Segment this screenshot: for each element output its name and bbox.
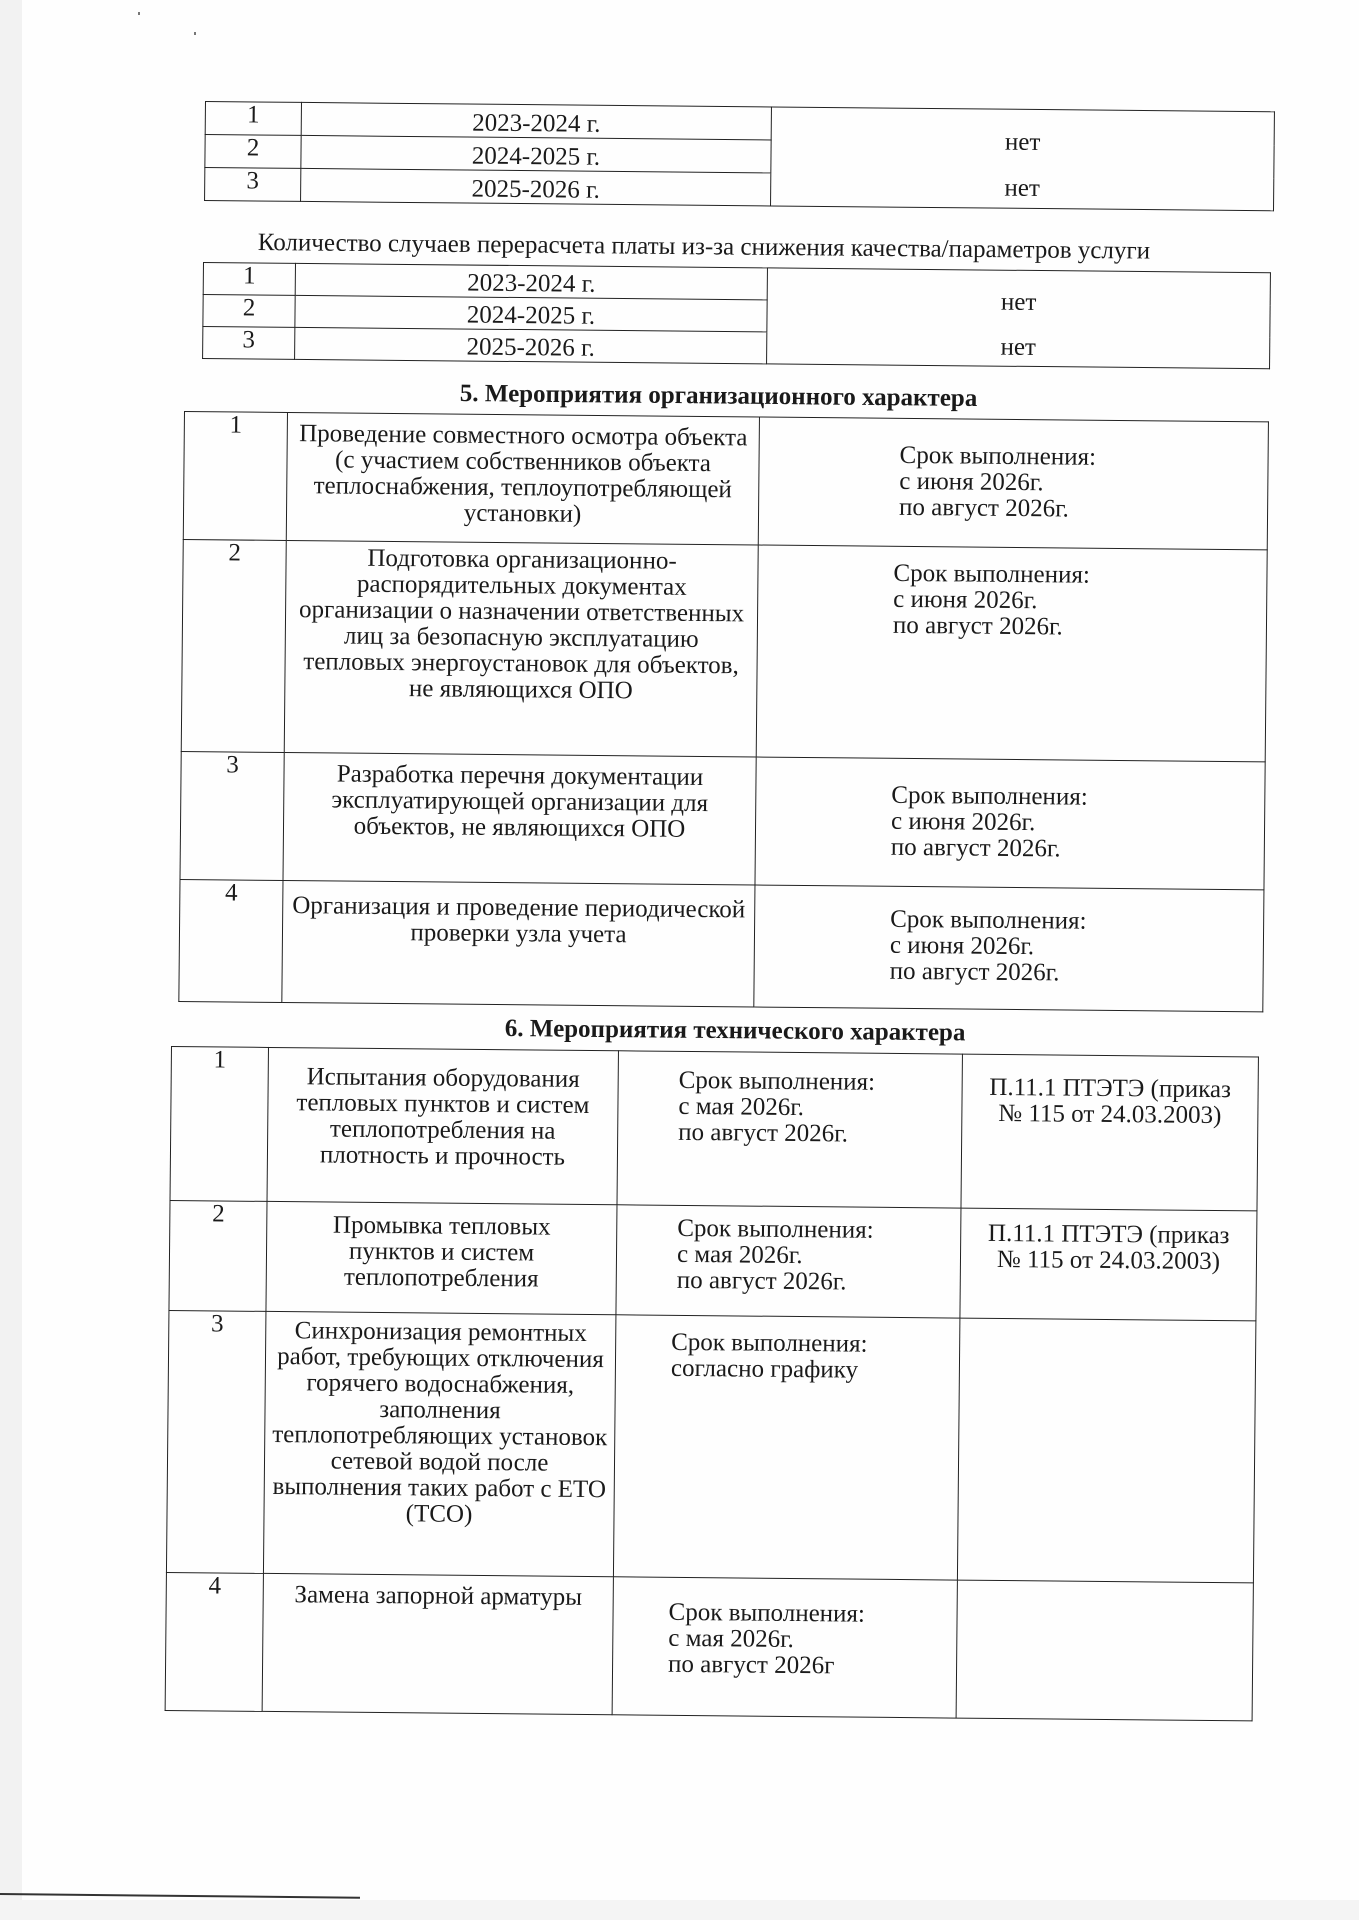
term-cell: Срок выполнения: с июня 2026г. по август…	[754, 885, 1264, 1012]
activity-cell: Испытания оборудования тепловых пунктов …	[267, 1047, 618, 1204]
activity-cell: Проведение совместного осмотра объекта (…	[286, 412, 759, 545]
period-cell: 2025-2026 г.	[301, 168, 771, 206]
term-cell: Срок выполнения: с мая 2026г. по август …	[616, 1205, 961, 1318]
term-cell: Срок выполнения: с мая 2026г. по август …	[617, 1051, 962, 1208]
table-row: 3 Разработка перечня документации эксплу…	[180, 751, 1265, 889]
table-row: 4 Организация и проведение периодической…	[179, 879, 1264, 1011]
table-row: 2 Подготовка организационно-распорядител…	[181, 539, 1267, 761]
period-cell: 2024-2025 г.	[301, 135, 771, 173]
section-6-title: 6. Мероприятия технического характера	[505, 1015, 966, 1047]
value-cell: нет	[771, 173, 1274, 211]
basis-cell: П.11.1 ПТЭТЭ (приказ № 115 от 24.03.2003…	[961, 1054, 1258, 1211]
activity-cell: Организация и проведение периодической п…	[282, 880, 755, 1007]
value-cell: нет	[767, 268, 1271, 337]
row-number: 2	[169, 1200, 267, 1311]
basis-cell: П.11.1 ПТЭТЭ (приказ № 115 от 24.03.2003…	[960, 1208, 1257, 1321]
value-cell: нет	[771, 107, 1275, 178]
period-cell: 2023-2024 г.	[295, 263, 767, 300]
scan-margin	[0, 0, 22, 1900]
table-row: 1 Испытания оборудования тепловых пункто…	[170, 1047, 1258, 1211]
table-a: 1 2023-2024 г. нет 2 2024-2025 г. 3 2025…	[204, 101, 1275, 211]
row-number: 2	[205, 135, 301, 169]
row-number: 1	[170, 1047, 268, 1202]
row-number: 2	[181, 539, 286, 752]
table-row: 4 Замена запорной арматуры Срок выполнен…	[165, 1572, 1253, 1720]
activity-cell: Замена запорной арматуры	[262, 1573, 613, 1714]
row-number: 3	[180, 751, 284, 880]
row-number: 4	[179, 879, 283, 1002]
basis-cell	[956, 1580, 1253, 1721]
activity-cell: Разработка перечня документации эксплуат…	[283, 752, 756, 885]
table-row: 1 Проведение совместного осмотра объекта…	[183, 412, 1268, 550]
section-5-table: 1 Проведение совместного осмотра объекта…	[178, 411, 1269, 1012]
period-cell: 2025-2026 г.	[295, 327, 767, 364]
table-row: 3 Синхронизация ремонтных работ, требующ…	[166, 1310, 1255, 1582]
row-number: 3	[205, 168, 301, 202]
row-number: 1	[205, 102, 301, 136]
term-cell: Срок выполнения: с мая 2026г. по август …	[612, 1577, 957, 1718]
row-number: 3	[166, 1310, 266, 1573]
period-cell: 2024-2025 г.	[295, 295, 767, 332]
term-cell: Срок выполнения: с июня 2026г. по август…	[758, 417, 1268, 550]
term-cell: Срок выполнения: согласно графику	[613, 1315, 959, 1580]
row-number: 4	[165, 1572, 263, 1711]
row-number: 3	[203, 327, 295, 360]
section-6-table: 1 Испытания оборудования тепловых пункто…	[165, 1046, 1259, 1721]
row-number: 1	[203, 263, 295, 296]
term-cell: Срок выполнения: с июня 2026г. по август…	[755, 757, 1265, 890]
caption-recalculation: Количество случаев перерасчета платы из-…	[258, 228, 1150, 267]
period-cell: 2023-2024 г.	[301, 102, 771, 140]
scan-bottom-strip	[0, 1900, 1359, 1920]
basis-cell	[957, 1318, 1256, 1583]
row-number: 1	[183, 412, 287, 541]
scanned-page: 1 2023-2024 г. нет 2 2024-2025 г. 3 2025…	[0, 0, 1359, 1900]
activity-cell: Промывка тепловых пунктов и систем тепло…	[266, 1201, 617, 1314]
activity-cell: Подготовка организационно-распорядительн…	[284, 540, 758, 757]
scan-speck	[194, 32, 196, 35]
value-cell: нет	[767, 332, 1270, 369]
scan-speck	[138, 12, 140, 15]
section-5-title: 5. Мероприятия организационного характер…	[460, 380, 978, 413]
scan-edge-line	[0, 1893, 360, 1899]
row-number: 2	[203, 295, 295, 328]
activity-cell: Синхронизация ремонтных работ, требующих…	[263, 1311, 615, 1576]
table-b: 1 2023-2024 г. нет 2 2024-2025 г. 3 2025…	[202, 262, 1271, 369]
table-row: 2 Промывка тепловых пунктов и систем теп…	[169, 1200, 1257, 1320]
term-cell: Срок выполнения: с июня 2026г. по август…	[756, 545, 1267, 762]
